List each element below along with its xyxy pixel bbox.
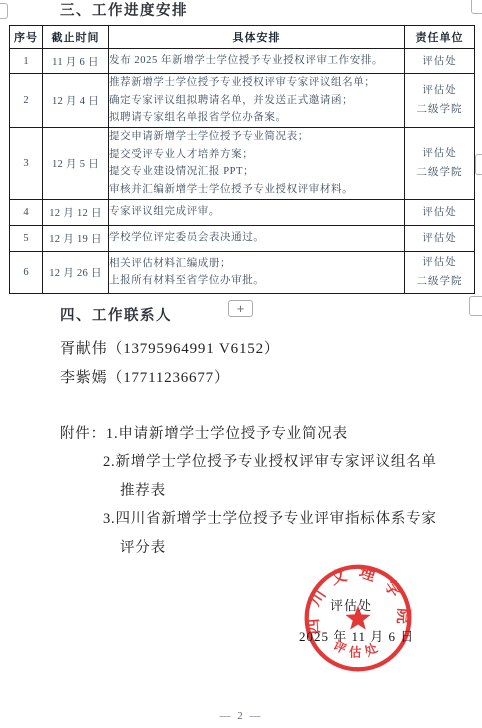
document-page: + 三、工作进度安排 序号 截止时间 具体安排 责任单位 1 11 月 6 日 [0, 0, 482, 728]
floating-button-top-left[interactable] [0, 3, 8, 19]
schedule-table: 序号 截止时间 具体安排 责任单位 1 11 月 6 日 发布 2025 年新增… [9, 25, 475, 294]
header-no: 序号 [10, 26, 43, 49]
attachment-line: 推荐表 [120, 479, 166, 500]
attachment-line: 3.四川省新增学士学位授予专业评审指标体系专家 [103, 507, 437, 528]
table-row: 2 12 月 4 日 推荐新增学士学位授予专业授权评审专家评议组名单；确定专家评… [10, 74, 475, 128]
cell-date: 12 月 12 日 [43, 199, 109, 225]
attachment-line: 附件：1.申请新增学士学位授予专业简况表 [60, 422, 348, 443]
floating-button-top-right[interactable] [471, 0, 482, 14]
cell-no: 2 [10, 74, 43, 128]
cell-date: 12 月 5 日 [43, 127, 109, 199]
contact-line: 胥献伟（13795964991 V6152） [60, 337, 280, 358]
attachment-line: 2.新增学士学位授予专业授权评审专家评议组名单 [103, 450, 437, 471]
header-arrangement: 具体安排 [109, 26, 405, 49]
cell-tasks: 推荐新增学士学位授予专业授权评审专家评议组名单；确定专家评议组拟聘请名单，并发送… [109, 74, 405, 128]
cell-units: 评估处 [405, 225, 475, 251]
official-seal: 四川文理学院 评估处 [301, 561, 415, 675]
plus-icon: + [237, 302, 245, 315]
cell-units: 评估处二级学院 [405, 251, 475, 293]
seal-overlay-date: 2025 年 11 月 6 日 [299, 626, 414, 645]
cell-tasks: 发布 2025 年新增学士学位授予专业授权评审工作安排。 [109, 49, 405, 74]
cell-no: 4 [10, 199, 43, 225]
seal-overlay-office: 评估处 [330, 595, 372, 614]
header-unit: 责任单位 [405, 26, 475, 49]
attachment-line: 评分表 [120, 536, 166, 557]
cell-units: 评估处 [405, 199, 475, 225]
table-row: 1 11 月 6 日 发布 2025 年新增学士学位授予专业授权评审工作安排。 … [10, 49, 475, 74]
contact-line: 李紫嫣（17711236677） [60, 366, 230, 387]
cell-no: 3 [10, 127, 43, 199]
schedule-table-wrap: 序号 截止时间 具体安排 责任单位 1 11 月 6 日 发布 2025 年新增… [9, 25, 475, 294]
cell-tasks: 相关评估材料汇编成册；上报所有材料至省学位办审批。 [109, 251, 405, 293]
cell-date: 12 月 19 日 [43, 225, 109, 251]
cell-date: 12 月 26 日 [43, 251, 109, 293]
section4-title: 四、工作联系人 [60, 304, 172, 325]
cell-no: 1 [10, 49, 43, 74]
table-row: 6 12 月 26 日 相关评估材料汇编成册；上报所有材料至省学位办审批。 评估… [10, 251, 475, 293]
cell-tasks: 提交申请新增学士学位授予专业简况表；提交受评专业人才培养方案；提交专业建设情况汇… [109, 127, 405, 199]
add-row-button[interactable]: + [228, 300, 253, 317]
cell-units: 评估处二级学院 [405, 127, 475, 199]
cell-tasks: 学校学位评定委员会表决通过。 [109, 225, 405, 251]
cell-no: 6 [10, 251, 43, 293]
table-row: 5 12 月 19 日 学校学位评定委员会表决通过。 评估处 [10, 225, 475, 251]
floating-button-right-lower[interactable] [469, 296, 482, 316]
table-row: 3 12 月 5 日 提交申请新增学士学位授予专业简况表；提交受评专业人才培养方… [10, 127, 475, 199]
table-row: 4 12 月 12 日 专家评议组完成评审。 评估处 [10, 199, 475, 225]
cell-tasks: 专家评议组完成评审。 [109, 199, 405, 225]
cell-units: 评估处二级学院 [405, 74, 475, 128]
cell-units: 评估处 [405, 49, 475, 74]
header-deadline: 截止时间 [43, 26, 109, 49]
section3-title: 三、工作进度安排 [60, 0, 188, 20]
page-number: — 2 — [0, 710, 482, 722]
cell-date: 11 月 6 日 [43, 49, 109, 74]
cell-no: 5 [10, 225, 43, 251]
cell-date: 12 月 4 日 [43, 74, 109, 128]
table-header-row: 序号 截止时间 具体安排 责任单位 [10, 26, 475, 49]
floating-button-right-middle[interactable] [475, 154, 482, 175]
